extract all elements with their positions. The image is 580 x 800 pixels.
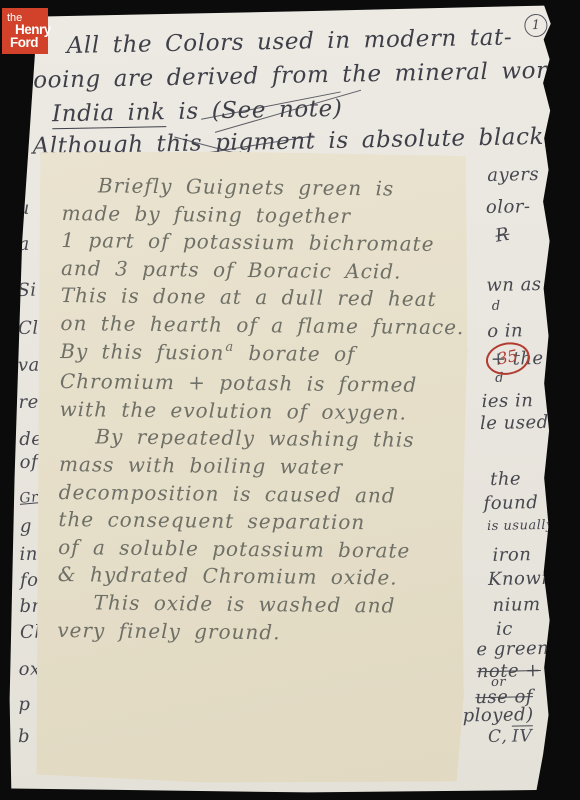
edge-fragment: olor- xyxy=(486,196,531,218)
note-handwriting-line: the consequent separation xyxy=(58,506,455,538)
inserted-letter: a xyxy=(225,333,234,361)
edge-fragment: g xyxy=(20,516,32,537)
catalog-numeral-overlined: IV xyxy=(512,725,533,746)
edge-fragment: note + xyxy=(477,660,542,682)
edge-fragment: ic xyxy=(496,619,513,640)
red-circled-number: 35 xyxy=(483,339,532,379)
edge-fragment: le used, xyxy=(480,412,555,434)
catalog-number: C,IV xyxy=(488,726,533,747)
henry-ford-logo: the Henry Ford xyxy=(2,8,48,54)
handwriting-line-1: All the Colors used in modern tat- xyxy=(66,24,512,59)
edge-fragment: e green xyxy=(476,638,549,660)
note-handwriting-line: and 3 parts of Boracic Acid. xyxy=(61,255,458,287)
note-handwriting-line: This is done at a dull red heat xyxy=(61,282,458,314)
edge-fragment: va xyxy=(18,355,40,376)
edge-fragment: ayers xyxy=(487,164,539,186)
edge-fragment: of xyxy=(19,452,38,473)
handwriting-line-2: tooing are derived from the mineral worl… xyxy=(23,57,579,94)
right-edge-fragments: ayersolor-Rwn asdo in+ thedies inle used… xyxy=(2,0,548,8)
edge-fragment: fo xyxy=(20,570,39,591)
edge-fragment: b xyxy=(18,726,30,747)
scanned-document-view: { "colors":{ "bg":"#0b0b0b", "logo_red":… xyxy=(0,0,580,800)
edge-fragment: a xyxy=(18,234,30,255)
logo-text-ford: Ford xyxy=(10,35,38,50)
note-handwriting-line: By repeatedly washing this xyxy=(59,423,456,455)
edge-fragment: Si xyxy=(17,280,36,301)
note-handwriting-line: decomposition is caused and xyxy=(59,479,456,511)
note-handwriting-line: & hydrated Chromium oxide. xyxy=(58,561,455,593)
edge-fragment: in xyxy=(19,544,38,565)
edge-fragment: Known xyxy=(488,568,554,590)
note-handwriting-line: on the hearth of a flame furnace. xyxy=(60,310,457,342)
note-handwriting-line: This oxide is washed and xyxy=(57,589,454,621)
note-handwriting-line: with the evolution of oxygen. xyxy=(59,396,456,428)
edge-fragment: o in xyxy=(487,320,523,342)
edge-fragment: nium xyxy=(492,594,540,616)
left-edge-fragments: uaSiClvaredeofginfobreChoxpb xyxy=(2,0,548,8)
note-page: Briefly Guignets green ismade by fusing … xyxy=(34,150,470,785)
edge-fragment: R xyxy=(494,224,511,247)
note-handwriting-line: made by fusing together xyxy=(62,200,459,232)
edge-fragment: wn as xyxy=(486,274,542,296)
note-handwriting-line: Briefly Guignets green is xyxy=(62,172,459,204)
edge-fragment: d xyxy=(492,299,501,314)
note-handwriting-line: very finely ground. xyxy=(57,616,454,648)
catalog-prefix: C, xyxy=(488,727,508,747)
note-handwriting-line: Chromium + potash is formed xyxy=(60,368,457,400)
circled-page-number: 1 xyxy=(524,14,547,37)
note-handwriting-line: mass with boiling water xyxy=(59,451,456,483)
edge-fragment: Cl xyxy=(18,318,39,339)
edge-fragment: iron xyxy=(492,544,531,566)
edge-fragment: p xyxy=(18,694,30,715)
india-ink-underlined-phrase: India ink xyxy=(52,99,166,129)
note-handwriting-line: 1 part of potassium bichromate xyxy=(61,227,458,259)
note-handwriting-block: Briefly Guignets green ismade by fusing … xyxy=(57,172,459,648)
edge-fragment: is usually xyxy=(487,518,554,534)
edge-fragment: re xyxy=(18,392,39,413)
edge-fragment: u xyxy=(18,198,30,219)
edge-fragment: ployed) xyxy=(462,704,533,726)
edge-fragment: ies in xyxy=(481,390,533,412)
edge-fragment: found xyxy=(483,492,538,514)
note-handwriting-line: By this fusiona borate of xyxy=(60,338,457,373)
edge-fragment: the xyxy=(490,468,521,490)
note-handwriting-line: of a soluble potassium borate xyxy=(58,534,455,566)
